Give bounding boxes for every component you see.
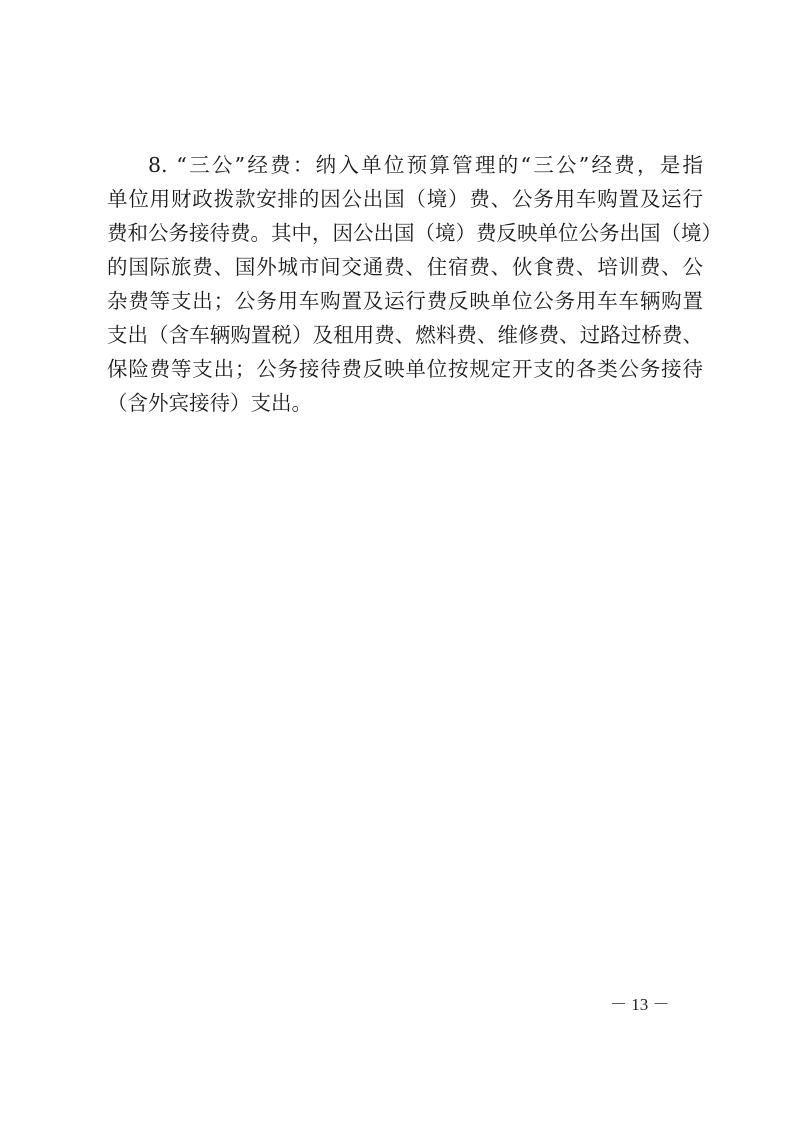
page-number: － 13 － xyxy=(610,993,680,1017)
text-line-7: 保险费等支出；公务接待费反映单位按规定开支的各类公务接待 xyxy=(107,352,703,386)
text-line-1: 8. “三公”经费：纳入单位预算管理的“三公”经费，是指 xyxy=(107,148,703,182)
text-line-5: 杂费等支出；公务用车购置及运行费反映单位公务用车车辆购置 xyxy=(107,284,703,318)
paragraph-san-gong-expenses: 8. “三公”经费：纳入单位预算管理的“三公”经费，是指 单位用财政拨款安排的因… xyxy=(107,148,703,420)
document-page: 8. “三公”经费：纳入单位预算管理的“三公”经费，是指 单位用财政拨款安排的因… xyxy=(0,0,793,1122)
text-line-4: 的国际旅费、国外城市间交通费、住宿费、伙食费、培训费、公 xyxy=(107,250,703,284)
text-line-2: 单位用财政拨款安排的因公出国（境）费、公务用车购置及运行 xyxy=(107,182,703,216)
text-line-6: 支出（含车辆购置税）及租用费、燃料费、维修费、过路过桥费、 xyxy=(107,318,703,352)
text-line-8: （含外宾接待）支出。 xyxy=(107,386,703,420)
text-line-3: 费和公务接待费。其中，因公出国（境）费反映单位公务出国（境） xyxy=(107,216,703,250)
